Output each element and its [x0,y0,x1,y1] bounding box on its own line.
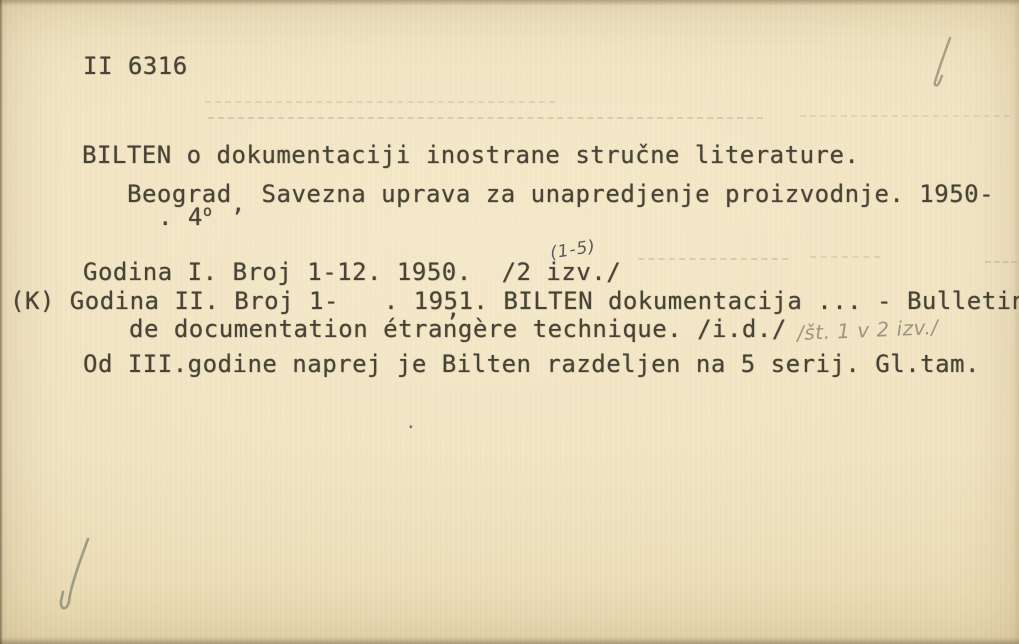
holdings-line-2: (K) Godina II. Broj 1- . 1951. BILTEN do… [10,288,1019,314]
call-number: II 6316 [83,53,188,79]
format-line: . 4o [158,203,212,230]
erased-text-remnant [638,258,788,260]
erased-text-remnant [800,115,1010,117]
stray-comma-mark: , [446,294,460,322]
holdings-line-1: Godina I. Broj 1-12. 1950. /2 izv./ [83,259,621,285]
stray-dot-mark: . [406,413,416,432]
checkmark-icon [920,34,962,98]
imprint-line: Beograd Savezna uprava za unapredjenje p… [127,181,994,207]
format-superscript: o [203,202,212,220]
erased-text-remnant [810,256,880,258]
catalog-card: II 6316 BILTEN o dokumentaciji inostrane… [0,0,1019,644]
handwritten-pencil-note: /št. 1 v 2 izv./ [797,315,939,345]
checkmark-icon [42,533,106,629]
erased-text-remnant [208,117,763,119]
title-line: BILTEN o dokumentaciji inostrane stručne… [82,142,859,168]
erased-text-remnant [985,261,1017,263]
note-line: Od III.godine naprej je Bilten razdeljen… [83,351,980,377]
stray-comma-mark: , [231,189,245,217]
format-text: . 4 [158,203,203,231]
erased-text-remnant [205,101,555,103]
